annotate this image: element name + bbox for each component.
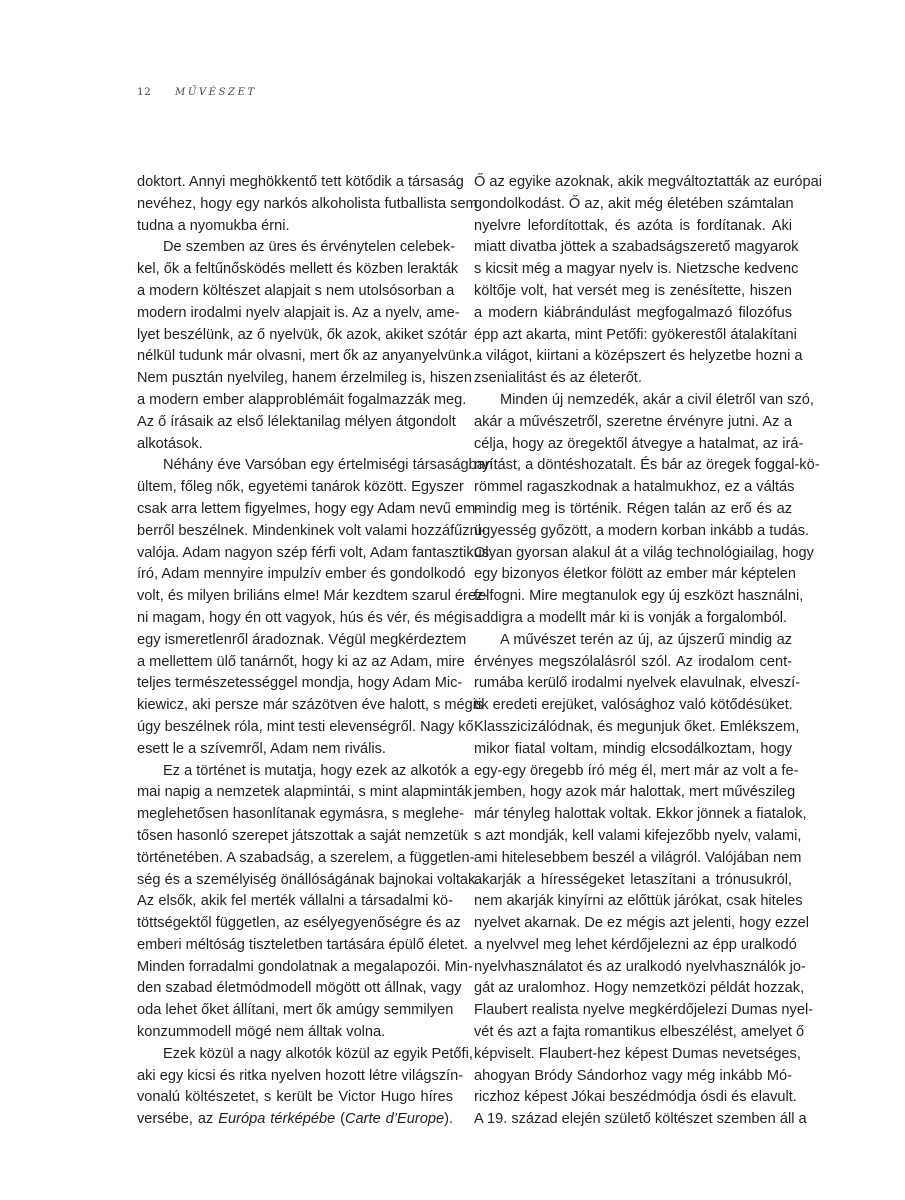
text-run: ). <box>444 1111 453 1127</box>
text-line: oda lehet őket állítani, mert ők amúgy s… <box>137 1000 453 1022</box>
text-line: ség és a személyiség önállóságának bajno… <box>137 870 453 892</box>
text-line: kiewicz, aki persze már százötven éve ha… <box>137 695 453 717</box>
text-line: esett le a szívemről, Adam nem rivális. <box>137 739 453 761</box>
text-line: csak arra lettem figyelmes, hogy egy Ada… <box>137 499 453 521</box>
text-line: A művészet terén az új, az újszerű mindi… <box>474 630 792 652</box>
text-line: miatt divatba jöttek a szabadságszerető … <box>474 237 792 259</box>
text-line: akár a művészetről, szeretne érvényre ju… <box>474 412 792 434</box>
text-line: vonalú költészetet, s került be Victor H… <box>137 1087 453 1109</box>
text-line: ni magam, hogy én ott vagyok, hús és vér… <box>137 608 453 630</box>
text-line: egy-egy öregebb író még él, mert már az … <box>474 761 792 783</box>
text-line: gondolkodást. Ő az, akit még életében sz… <box>474 194 792 216</box>
text-line: tudna a nyomukba érni. <box>137 216 453 238</box>
text-line: teljes természetességgel mondja, hogy Ad… <box>137 673 453 695</box>
text-line: berről beszélnek. Mindenkinek volt valam… <box>137 521 453 543</box>
text-line: Az ő írásaik az első lélektanilag mélyen… <box>137 412 453 434</box>
text-line: Minden forradalmi gondolatnak a megalapo… <box>137 957 453 979</box>
text-line: Ő az egyike azoknak, akik megváltoztattá… <box>474 172 792 194</box>
text-line: a modern ember alapproblémáit fogalmazzá… <box>137 390 453 412</box>
text-line: tősen hasonló szerepet játszottak a sajá… <box>137 826 453 848</box>
text-run: ( <box>335 1111 345 1127</box>
text-line: riczhoz képest Jókai beszédmódja ósdi és… <box>474 1087 792 1109</box>
text-line: ami hitelesebbem beszél a világról. Való… <box>474 848 792 870</box>
text-line: gát az uralomhoz. Hogy nemzetközi példát… <box>474 978 792 1000</box>
section-title: MŰVÉSZET <box>175 87 257 98</box>
text-line: nyelvre lefordítottak, és azóta is fordí… <box>474 216 792 238</box>
text-line: konzummodell mögé nem álltak volna. <box>137 1022 453 1044</box>
text-line: nem akarják kinyírni az előttük járókat,… <box>474 891 792 913</box>
text-line: rumába kerülő irodalmi nyelvek elavulnak… <box>474 673 792 695</box>
text-line: A 19. század elején születő költészet sz… <box>474 1109 792 1131</box>
text-line: nélkül tudunk már olvasni, mert ők az an… <box>137 346 453 368</box>
text-line: modern irodalmi nyelv alapjait is. Az a … <box>137 303 453 325</box>
text-line: ahogyan Bródy Sándorhoz vagy még inkább … <box>474 1066 792 1088</box>
text-line: történetében. A szabadság, a szerelem, a… <box>137 848 453 870</box>
text-line: érvényes megszólalásról szól. Az irodalo… <box>474 652 792 674</box>
text-line: mikor fiatal voltam, mindig elcsodálkozt… <box>474 739 792 761</box>
text-line: mindig meg is történik. Régen talán az e… <box>474 499 792 521</box>
text-line: s azt mondják, kell valami kifejezőbb ny… <box>474 826 792 848</box>
text-line: volt, és milyen briliáns elme! Már kezdt… <box>137 586 453 608</box>
text-line: töttségektől független, az esélyegyenősé… <box>137 913 453 935</box>
text-line: a nyelvvel meg lehet kérdőjelezni az épp… <box>474 935 792 957</box>
text-line: Néhány éve Varsóban egy értelmiségi társ… <box>137 455 453 477</box>
text-line: addigra a modellt már ki is vonják a for… <box>474 608 792 630</box>
text-line: kel, ők a feltűnősködés mellett és közbe… <box>137 259 453 281</box>
text-line: épp azt akarta, mint Petőfi: gyökerestől… <box>474 325 792 347</box>
text-line: doktort. Annyi meghökkentő tett kötődik … <box>137 172 453 194</box>
text-line: egy bizonyos életkor fölött az ember már… <box>474 564 792 586</box>
text-line: den szabad életmódmodell mögött ott álln… <box>137 978 453 1000</box>
text-line: jemben, hogy azok már halottak, mert műv… <box>474 782 792 804</box>
text-line: nevéhez, hogy egy narkós alkoholista fut… <box>137 194 453 216</box>
text-line: célja, hogy az öregektől átvegye a hatal… <box>474 434 792 456</box>
text-line: zsenialitást és az életerőt. <box>474 368 792 390</box>
text-line: író, Adam mennyire impulzív ember és gon… <box>137 564 453 586</box>
text-line: Ez a történet is mutatja, hogy ezek az a… <box>137 761 453 783</box>
text-line: De szemben az üres és érvénytelen celebe… <box>137 237 453 259</box>
text-line: már tényleg halottak voltak. Ekkor jönne… <box>474 804 792 826</box>
text-run: versébe, az <box>137 1111 218 1127</box>
text-line: alkotások. <box>137 434 453 456</box>
page-number: 12 <box>137 86 175 98</box>
text-line: mai napig a nemzetek alapmintái, s mint … <box>137 782 453 804</box>
text-line: költője volt, hat versét meg is zenésíte… <box>474 281 792 303</box>
text-line: a modern kiábrándulást megfogalmazó filo… <box>474 303 792 325</box>
text-line: Ezek közül a nagy alkotók közül az egyik… <box>137 1044 453 1066</box>
text-line: ültem, főleg nők, egyetemi tanárok közöt… <box>137 477 453 499</box>
text-column-right: Ő az egyike azoknak, akik megváltoztattá… <box>474 172 792 1131</box>
text-line: lyet beszélünk, az ő nyelvük, ők azok, a… <box>137 325 453 347</box>
text-line: nyítást, a döntéshozatalt. És bár az öre… <box>474 455 792 477</box>
text-line: képviselt. Flaubert-hez képest Dumas nev… <box>474 1044 792 1066</box>
text-column-left: doktort. Annyi meghökkentő tett kötődik … <box>137 172 453 1131</box>
text-line: valója. Adam nagyon szép férfi volt, Ada… <box>137 543 453 565</box>
text-line: egy ismeretlenről áradoznak. Végül megké… <box>137 630 453 652</box>
text-line: akarják a hírességeket letaszítani a tró… <box>474 870 792 892</box>
text-line: Minden új nemzedék, akár a civil életről… <box>474 390 792 412</box>
text-line: vét és azt a fajta romantikus elbeszélés… <box>474 1022 792 1044</box>
text-line: a mellettem ülő tanárnőt, hogy ki az az … <box>137 652 453 674</box>
text-line: Klasszicizálódnak, és megunjuk őket. Eml… <box>474 717 792 739</box>
text-line: meglehetősen hasonlítanak egymásra, s me… <box>137 804 453 826</box>
text-line: ügyesség győzött, a modern korban inkább… <box>474 521 792 543</box>
text-line: Flaubert realista nyelve megkérdőjelezi … <box>474 1000 792 1022</box>
italic-title: Carte d’Europe <box>345 1111 444 1127</box>
text-line: úgy beszélnek róla, mint testi elevenség… <box>137 717 453 739</box>
text-line: nyelvhasználatot és az uralkodó nyelvhas… <box>474 957 792 979</box>
text-line: Az elsők, akik fel merték vállalni a tár… <box>137 891 453 913</box>
text-line: felfogni. Mire megtanulok egy új eszközt… <box>474 586 792 608</box>
text-line: a világot, kiirtani a középszert és hely… <box>474 346 792 368</box>
text-line: römmel ragaszkodnak a hatalmukhoz, ez a … <box>474 477 792 499</box>
text-line: Olyan gyorsan alakul át a világ technoló… <box>474 543 792 565</box>
text-line: nyelvet akarnak. De ez mégis azt jelenti… <box>474 913 792 935</box>
text-line: aki egy kicsi és ritka nyelven hozott lé… <box>137 1066 453 1088</box>
text-line: Nem pusztán nyelvileg, hanem érzelmileg … <box>137 368 453 390</box>
text-line: emberi méltóság tiszteletben tartására é… <box>137 935 453 957</box>
italic-title: Európa térképébe <box>218 1111 335 1127</box>
running-head: 12 MŰVÉSZET <box>137 86 257 98</box>
text-line: s kicsit még a magyar nyelv is. Nietzsch… <box>474 259 792 281</box>
text-line: tik eredeti erejüket, valósághoz való kö… <box>474 695 792 717</box>
text-line: versébe, az Európa térképébe (Carte d’Eu… <box>137 1109 453 1131</box>
text-line: a modern költészet alapjait s nem utolsó… <box>137 281 453 303</box>
